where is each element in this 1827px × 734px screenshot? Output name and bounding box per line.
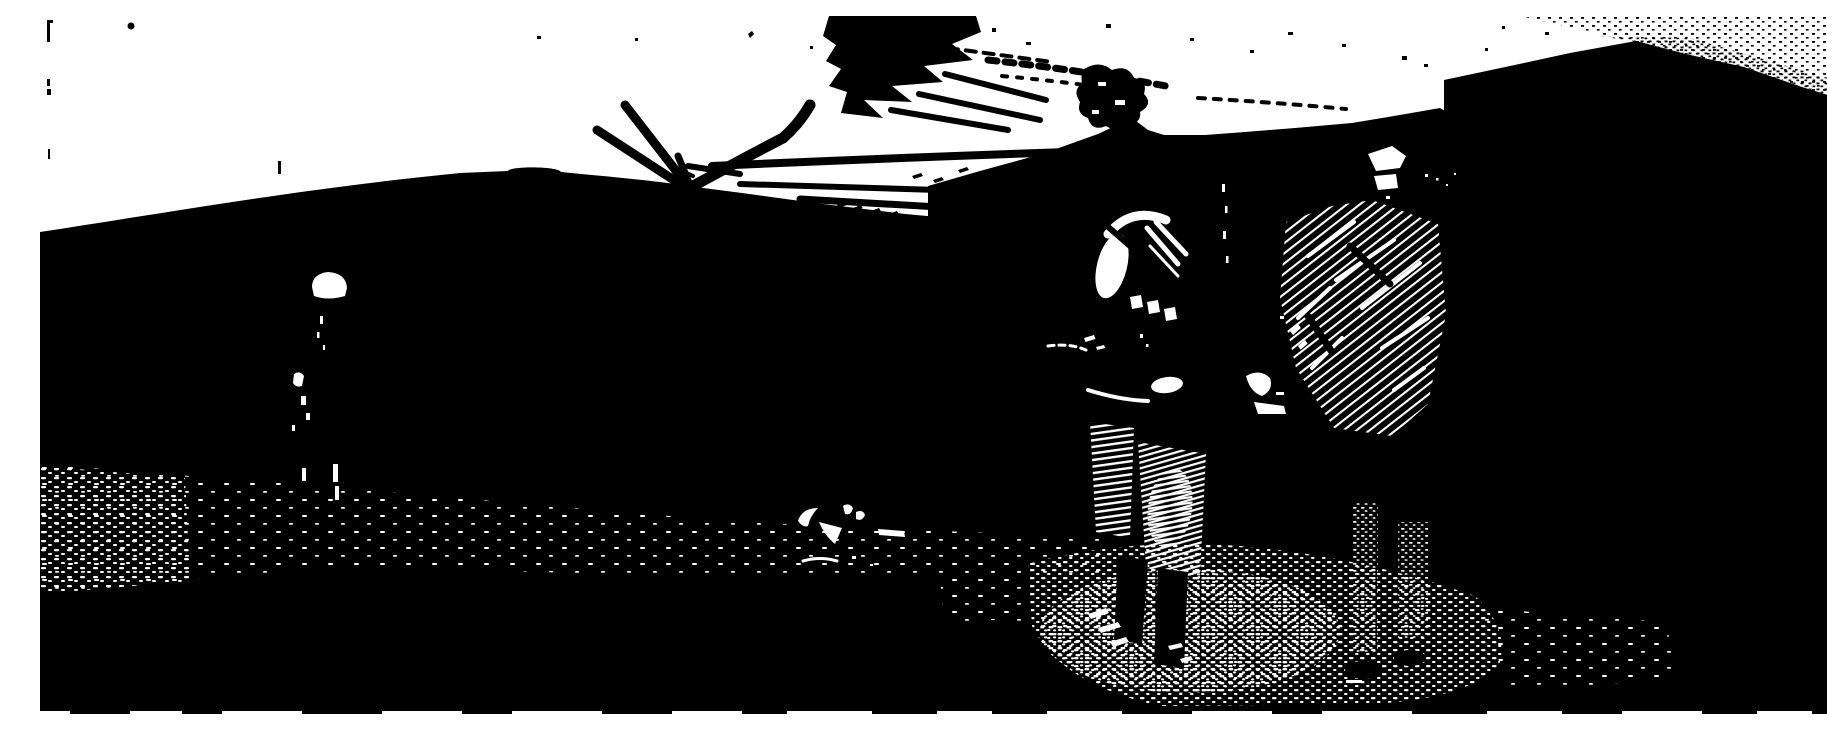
trouser-left-hatch: [1090, 422, 1134, 538]
leg-right-stipple: [1398, 522, 1428, 638]
grass-speckle-left-dense: [40, 466, 190, 594]
foot-left-dark: [1345, 661, 1383, 679]
sky-dot: [128, 23, 135, 30]
mound-stick: [278, 161, 281, 174]
engraving-image: monochrome-engraving-plate: [40, 16, 1827, 718]
ground-stipple-core: [1040, 569, 1340, 693]
ground-stipple-bridge-left: [940, 568, 1030, 628]
foot-ground-dash: [1346, 680, 1362, 683]
leg-left-stipple: [1352, 502, 1378, 652]
engraving-plate: monochrome-engraving-plate: [40, 16, 1827, 718]
foot-right-dark: [1394, 650, 1426, 666]
